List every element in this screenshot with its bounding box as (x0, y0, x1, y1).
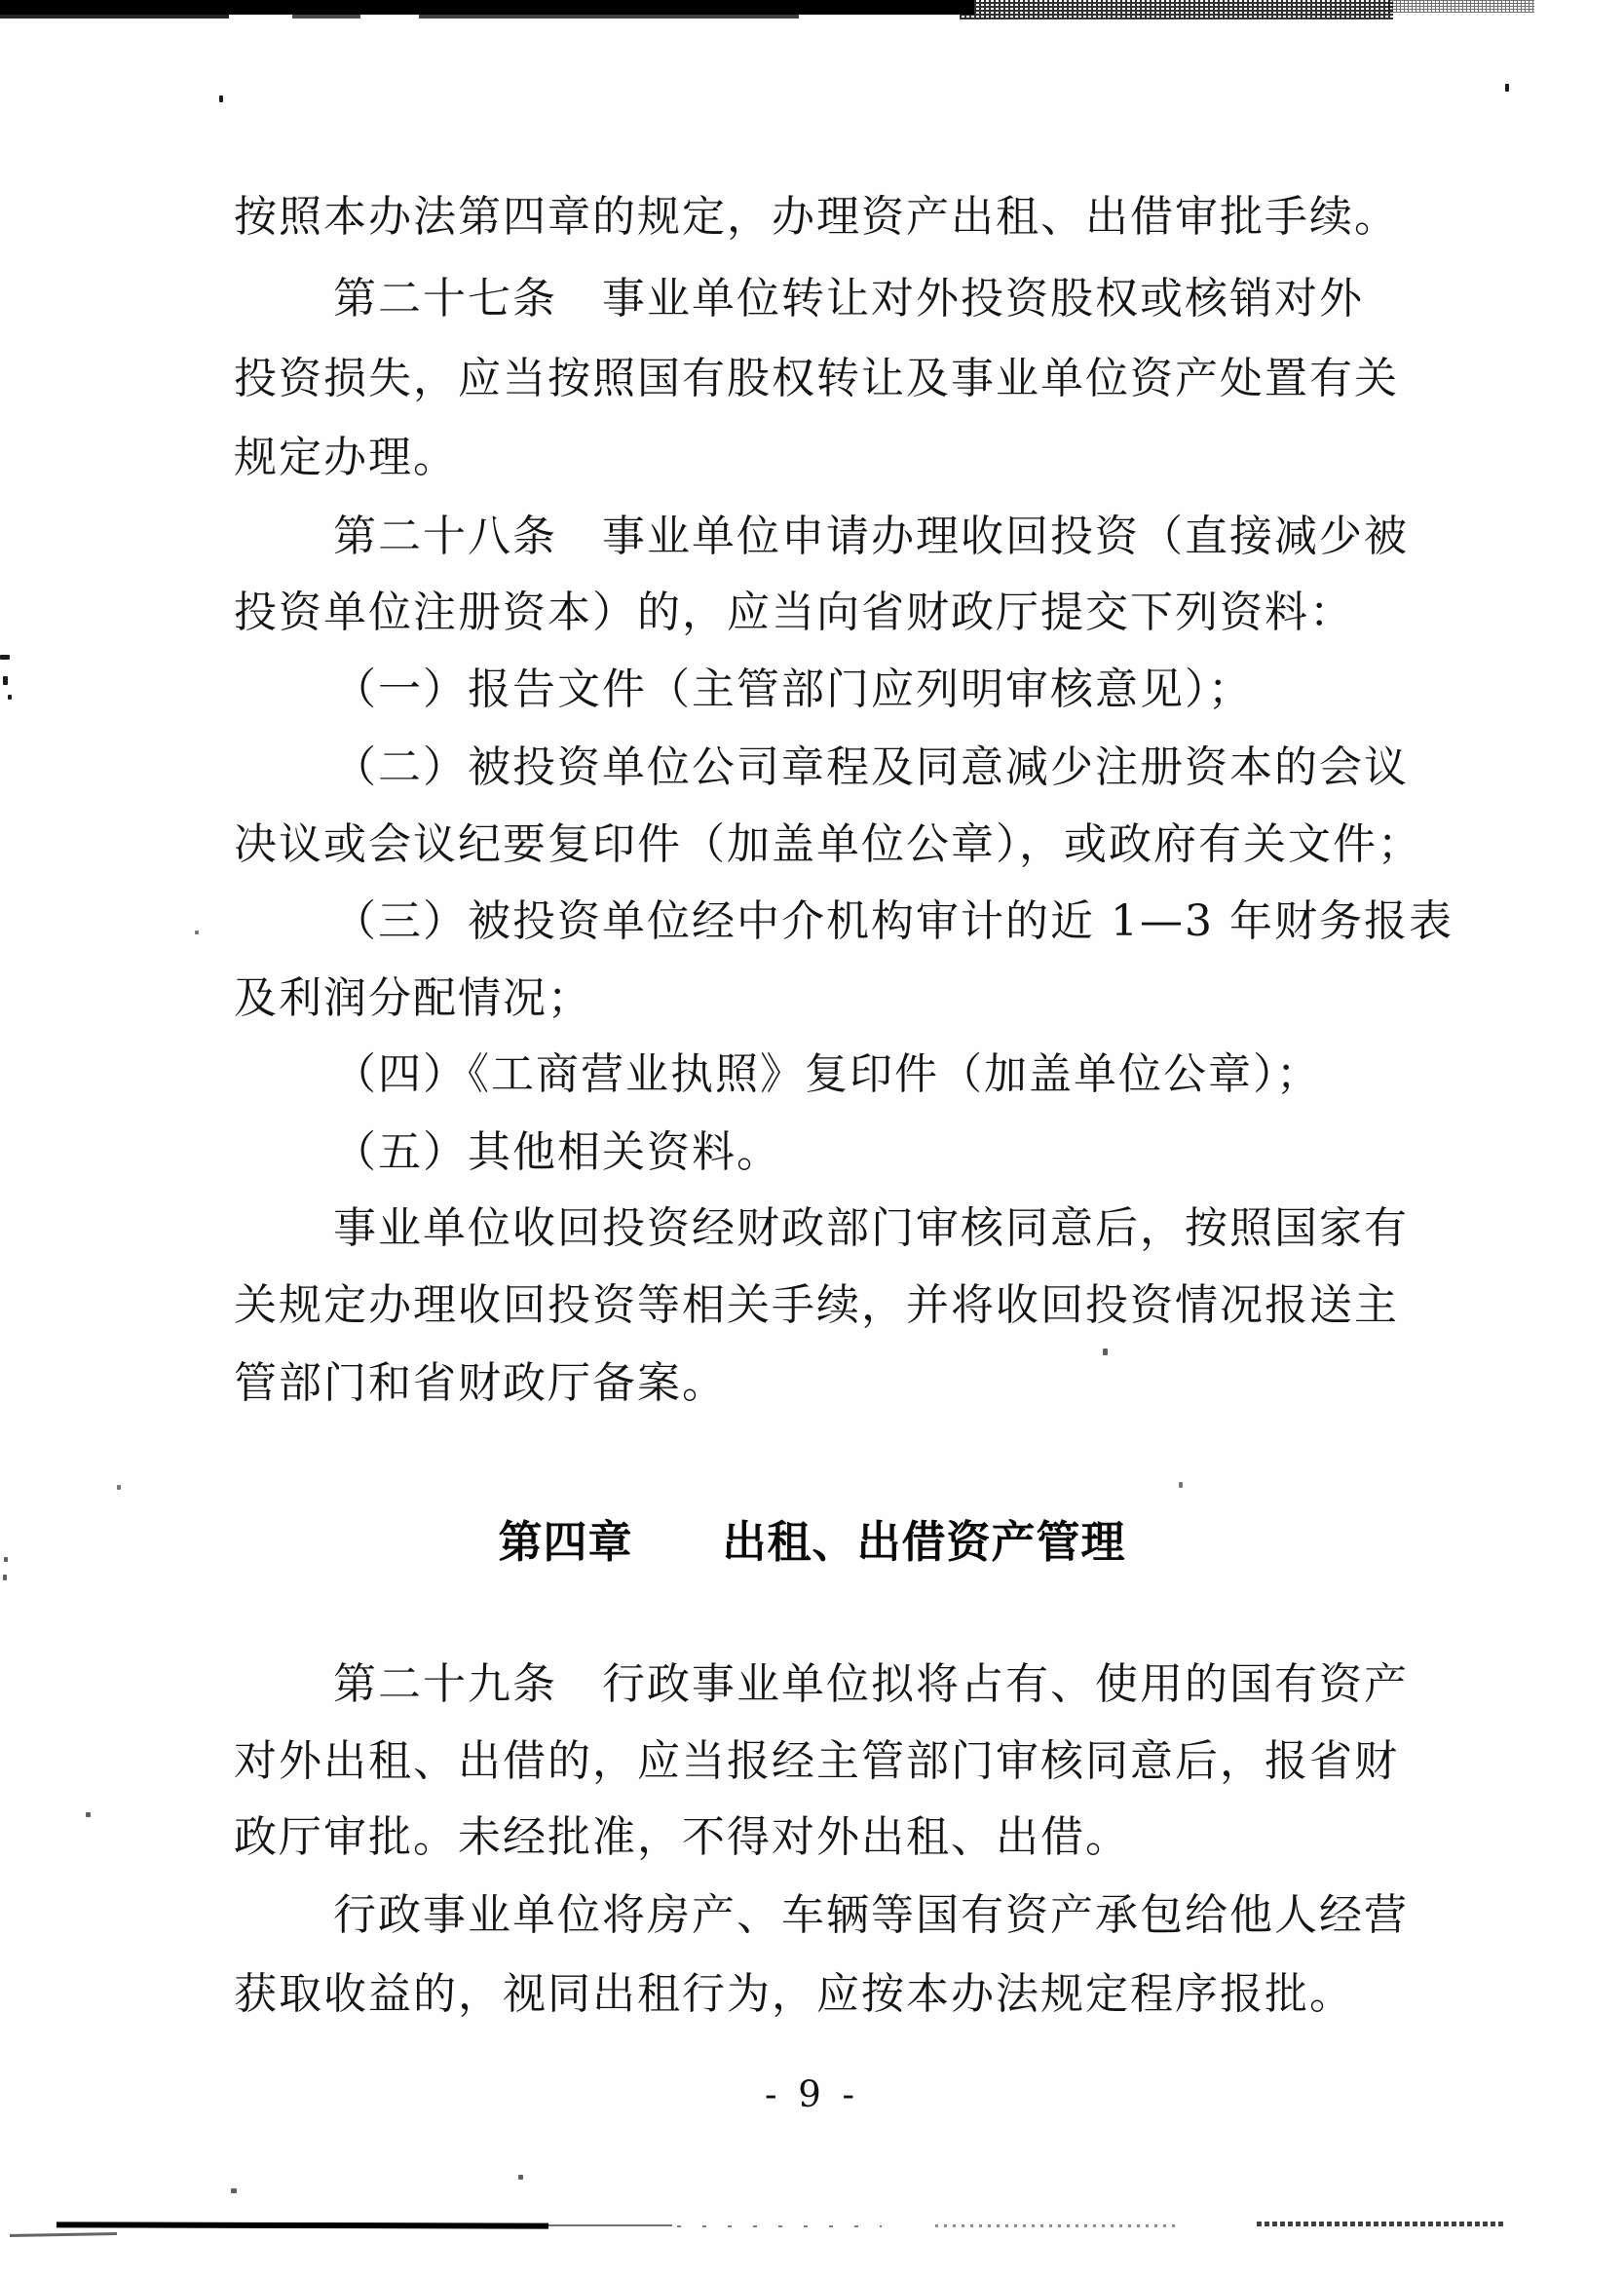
text-line-item-1: （一）报告文件（主管部门应列明审核意见）； (333, 665, 1253, 715)
scan-speck (1505, 84, 1509, 92)
scan-speck (518, 2175, 523, 2180)
scan-speck (3, 676, 8, 685)
scan-speck (231, 2188, 237, 2193)
text-line: 行政事业单位将房产、车辆等国有资产承包给他人经营 (333, 1890, 1409, 1941)
scan-artifact-bottom-line (1257, 2222, 1505, 2226)
scan-artifact-bottom-line (677, 2225, 882, 2227)
page-number: - 9 - (0, 2073, 1624, 2115)
text-line: 对外出租、出借的，应当报经主管部门审核同意后，报省财 (234, 1736, 1399, 1787)
text-line: 事业单位收回投资经财政部门审核同意后，按照国家有 (333, 1203, 1409, 1254)
text-line: 关规定办理收回投资等相关手续，并将收回投资情况报送主 (234, 1280, 1399, 1331)
text-line-article-27: 第二十七条 事业单位转让对外投资股权或核销对外 (333, 274, 1364, 324)
scanned-document-page: 按照本办法第四章的规定，办理资产出租、出借审批手续。 第二十七条 事业单位转让对… (0, 0, 1624, 2279)
scan-speck (86, 1812, 91, 1817)
text-line: 政厅审批。未经批准，不得对外出租、出借。 (234, 1812, 1130, 1863)
scan-artifact-bottom-line (57, 2222, 548, 2228)
scan-speck (195, 931, 199, 934)
scan-speck (117, 1485, 121, 1490)
scan-speck (8, 695, 12, 700)
scan-speck (1179, 1482, 1183, 1488)
scan-artifact-top-band-edge (0, 14, 229, 19)
scan-speck (1103, 1348, 1108, 1355)
scan-artifact-top-noise (1388, 0, 1534, 13)
text-line: 投资单位注册资本）的，应当向省财政厅提交下列资料： (234, 588, 1354, 638)
scan-artifact-top-noise (960, 0, 1393, 19)
scan-artifact-top-band-edge (419, 13, 799, 19)
text-line: 投资损失，应当按照国有股权转让及事业单位资产处置有关 (234, 354, 1399, 404)
scan-speck (4, 1557, 8, 1562)
text-line: 获取收益的，视同出租行为，应按本办法规定程序报批。 (234, 1969, 1354, 2020)
text-line-article-28: 第二十八条 事业单位申请办理收回投资（直接减少被 (333, 512, 1409, 562)
scan-speck (219, 95, 223, 102)
text-line-item-4: （四）《工商营业执照》复印件（加盖单位公章）； (333, 1049, 1321, 1100)
text-line: 按照本办法第四章的规定，办理资产出租、出借审批手续。 (234, 192, 1399, 243)
scan-artifact-bottom-line (546, 2224, 672, 2226)
text-line-item-2: （二）被投资单位公司章程及同意减少注册资本的会议 (333, 742, 1409, 793)
scan-artifact-bottom-line (935, 2224, 1179, 2227)
text-line: 管部门和省财政厅备案。 (234, 1358, 727, 1409)
text-line-item-5: （五）其他相关资料。 (333, 1127, 781, 1178)
text-line: 规定办理。 (234, 433, 458, 483)
text-line: 决议或会议纪要复印件（加盖单位公章），或政府有关文件； (234, 819, 1422, 870)
scan-artifact-top-band-edge (292, 14, 360, 19)
scan-speck (0, 655, 10, 660)
text-line-item-3: （三）被投资单位经中介机构审计的近 1—3 年财务报表 (333, 896, 1454, 947)
chapter-heading: 第四章 出租、出借资产管理 (0, 1506, 1624, 1570)
scan-artifact-bottom-line (10, 2232, 117, 2237)
text-line: 及利润分配情况； (234, 973, 592, 1024)
scan-speck (3, 1575, 7, 1580)
text-line-article-29: 第二十九条 行政事业单位拟将占有、使用的国有资产 (333, 1659, 1409, 1710)
